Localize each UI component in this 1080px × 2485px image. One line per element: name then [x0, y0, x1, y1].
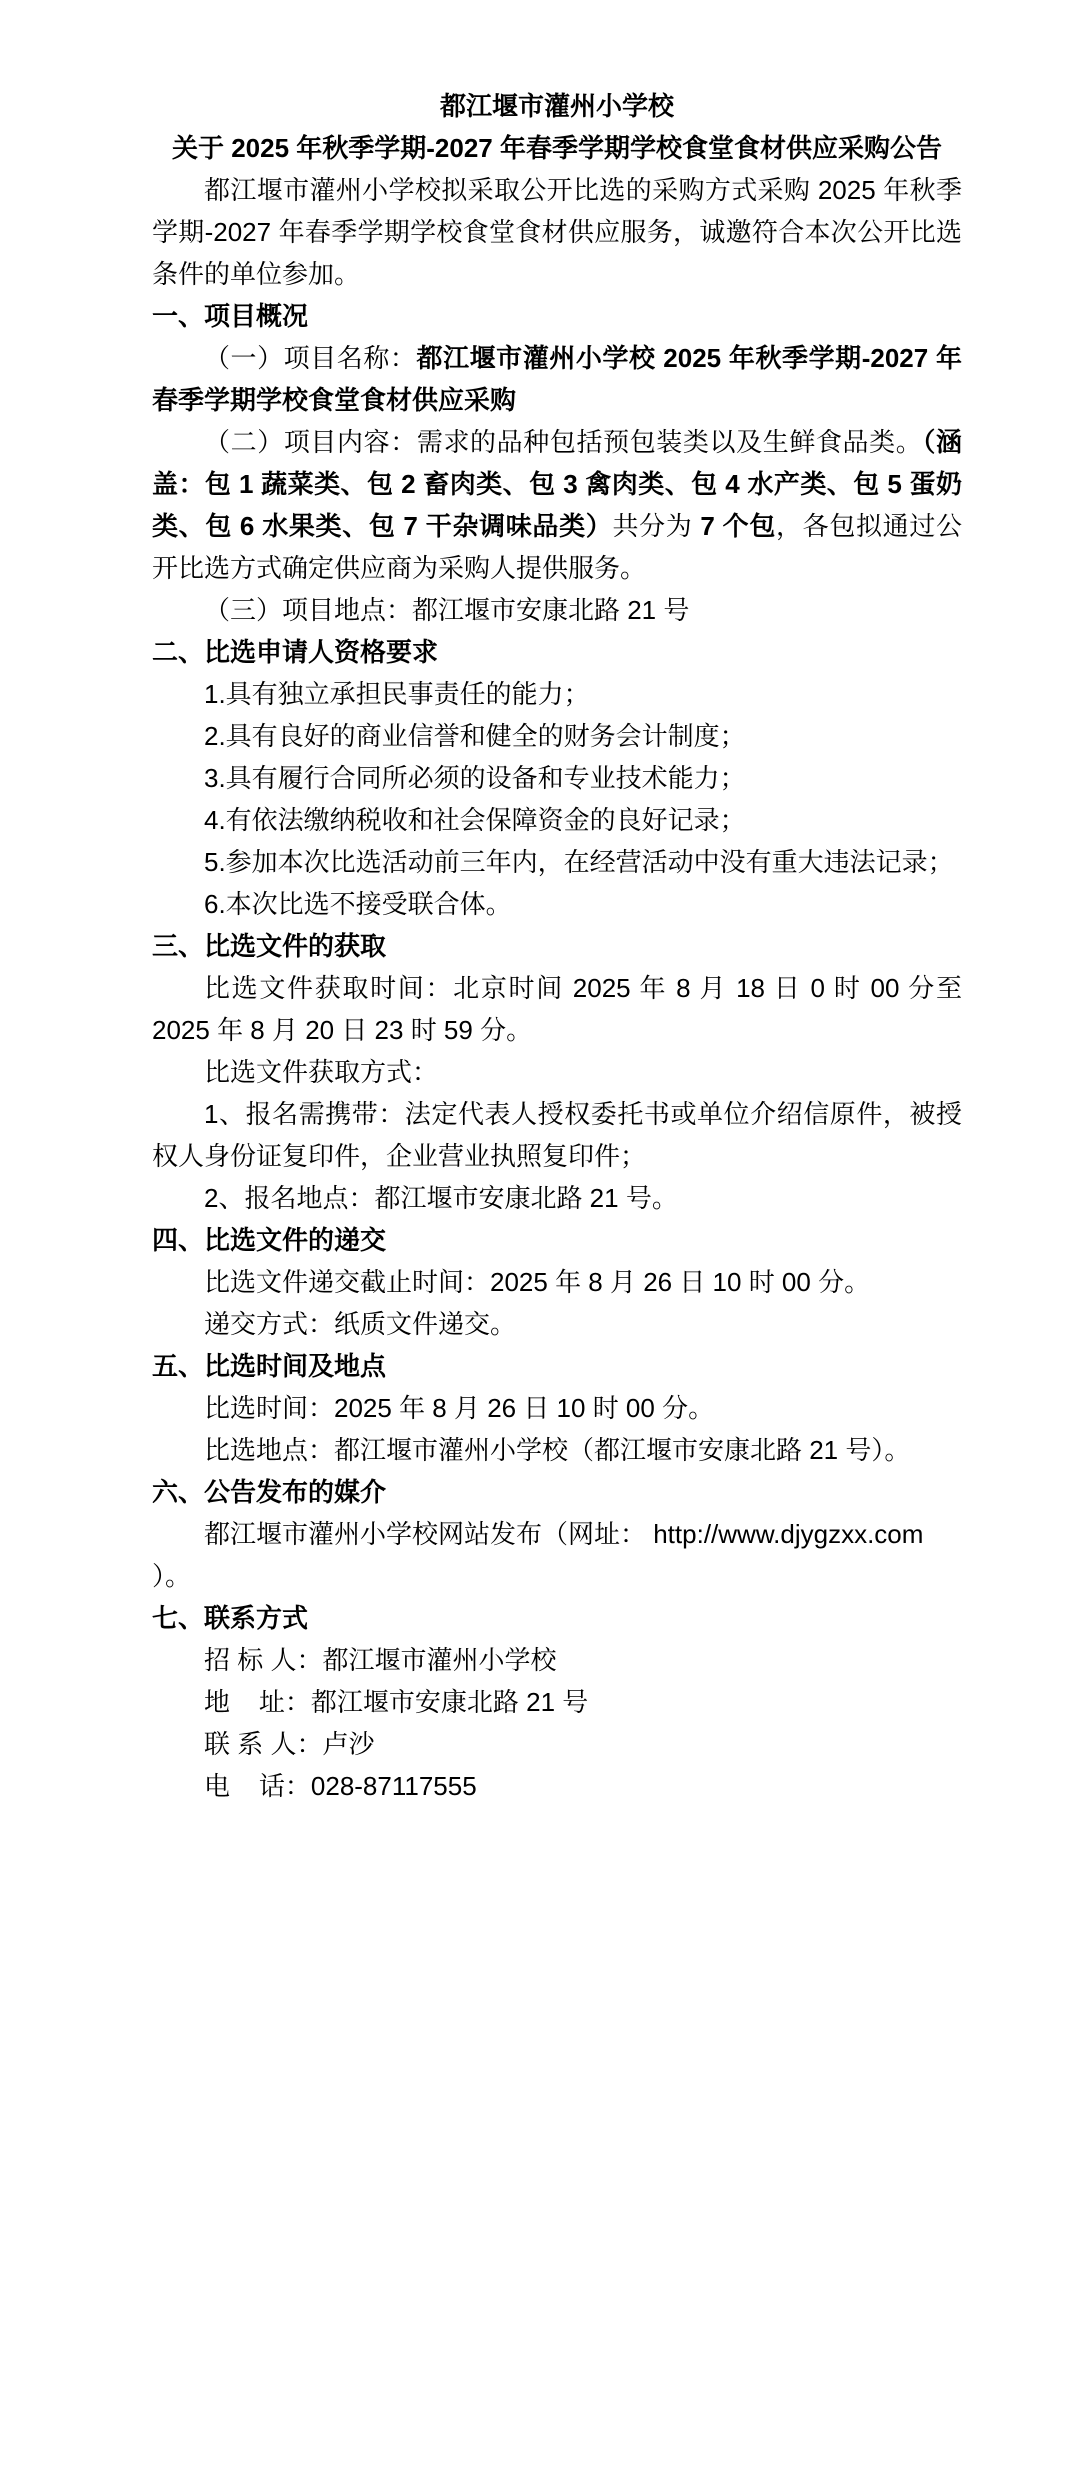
document-title: 都江堰市灌州小学校: [152, 85, 962, 127]
project-content-paragraph: （二）项目内容：需求的品种包括预包装类以及生鲜食品类。（涵盖：包 1 蔬菜类、包…: [152, 421, 962, 589]
section-submit-heading: 四、比选文件的递交: [152, 1219, 962, 1261]
contact-phone-line: 电 话：028-87117555: [152, 1765, 962, 1807]
project-content-count: 7 个包: [700, 511, 776, 541]
announcement-document: 都江堰市灌州小学校 关于 2025 年秋季学期-2027 年春季学期学校食堂食材…: [0, 0, 1080, 2485]
qualification-item-1: 1.具有独立承担民事责任的能力；: [152, 673, 962, 715]
selection-place-paragraph: 比选地点：都江堰市灌州小学校（都江堰市安康北路 21 号）。: [152, 1429, 962, 1471]
document-subtitle: 关于 2025 年秋季学期-2027 年春季学期学校食堂食材供应采购公告: [152, 127, 962, 169]
qualification-item-6: 6.本次比选不接受联合体。: [152, 883, 962, 925]
section-qualifications-heading: 二、比选申请人资格要求: [152, 631, 962, 673]
section-media-heading: 六、公告发布的媒介: [152, 1471, 962, 1513]
qualification-item-4: 4.有依法缴纳税收和社会保障资金的良好记录；: [152, 799, 962, 841]
section-obtain-heading: 三、比选文件的获取: [152, 925, 962, 967]
media-paragraph: 都江堰市灌州小学校网站发布（网址： http://www.djygzxx.com…: [152, 1513, 962, 1597]
obtain-place-paragraph: 2、报名地点：都江堰市安康北路 21 号。: [152, 1177, 962, 1219]
submit-deadline-paragraph: 比选文件递交截止时间：2025 年 8 月 26 日 10 时 00 分。: [152, 1261, 962, 1303]
contact-address-line: 地 址：都江堰市安康北路 21 号: [152, 1681, 962, 1723]
section-contact-heading: 七、联系方式: [152, 1597, 962, 1639]
obtain-method-label: 比选文件获取方式：: [152, 1051, 962, 1093]
project-location-paragraph: （三）项目地点：都江堰市安康北路 21 号: [152, 589, 962, 631]
project-content-lead: （二）项目内容：需求的品种包括预包装类以及生鲜食品类。: [204, 427, 922, 457]
qualification-item-3: 3.具有履行合同所必须的设备和专业技术能力；: [152, 757, 962, 799]
project-name-label: （一）项目名称：: [204, 343, 416, 373]
contact-bidder-line: 招 标 人：都江堰市灌州小学校: [152, 1639, 962, 1681]
obtain-bring-paragraph: 1、报名需携带：法定代表人授权委托书或单位介绍信原件，被授权人身份证复印件，企业…: [152, 1093, 962, 1177]
obtain-time-paragraph: 比选文件获取时间：北京时间 2025 年 8 月 18 日 0 时 00 分至 …: [152, 967, 962, 1051]
section-time-place-heading: 五、比选时间及地点: [152, 1345, 962, 1387]
contact-person-line: 联 系 人：卢沙: [152, 1723, 962, 1765]
qualification-item-5: 5.参加本次比选活动前三年内，在经营活动中没有重大违法记录；: [152, 841, 962, 883]
selection-time-paragraph: 比选时间：2025 年 8 月 26 日 10 时 00 分。: [152, 1387, 962, 1429]
section-overview-heading: 一、项目概况: [152, 295, 962, 337]
submit-method-paragraph: 递交方式：纸质文件递交。: [152, 1303, 962, 1345]
project-name-paragraph: （一）项目名称：都江堰市灌州小学校 2025 年秋季学期-2027 年春季学期学…: [152, 337, 962, 421]
qualification-item-2: 2.具有良好的商业信誉和健全的财务会计制度；: [152, 715, 962, 757]
project-content-mid: 共分为: [612, 511, 700, 541]
intro-paragraph: 都江堰市灌州小学校拟采取公开比选的采购方式采购 2025 年秋季学期-2027 …: [152, 169, 962, 295]
